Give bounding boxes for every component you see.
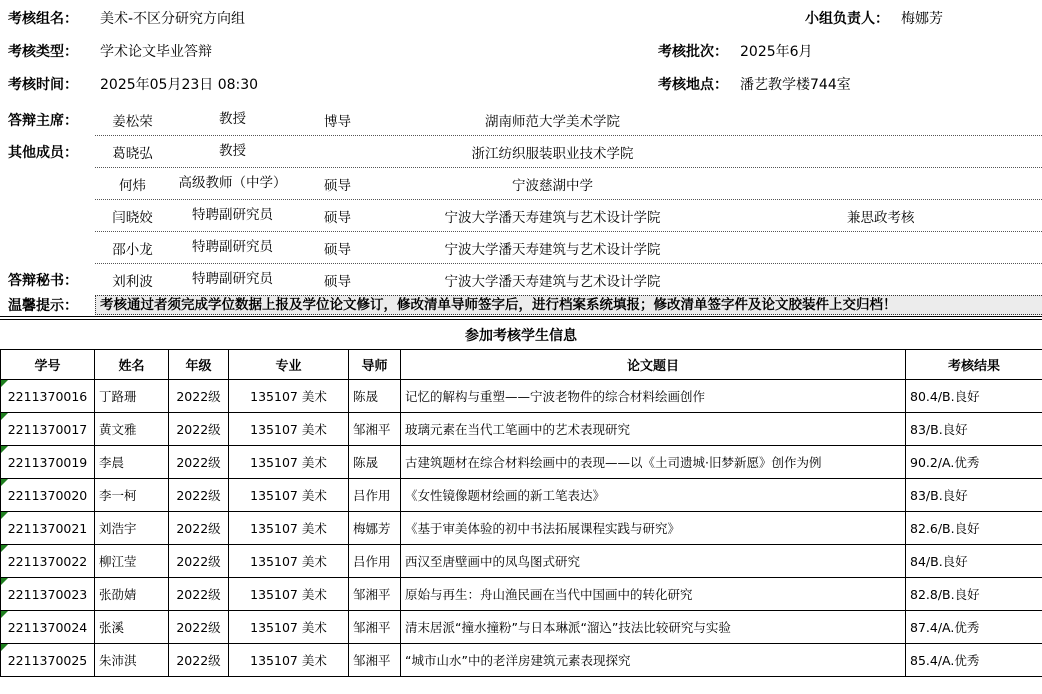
field-value: 梅娜芳	[901, 11, 943, 27]
student-advisor-cell: 邹湘平	[349, 644, 401, 677]
committee-row: 何炜 高级教师（中学） 硕导 宁波慈湖中学	[0, 168, 1042, 200]
committee-role-label	[0, 200, 95, 232]
column-header: 论文题目	[401, 350, 906, 380]
member-organization: 浙江纺织服装职业技术学院	[380, 142, 725, 162]
field-label: 考核类型：	[8, 41, 88, 61]
student-name-cell: 丁路珊	[95, 380, 169, 413]
student-major-cell: 135107 美术	[229, 644, 349, 677]
student-row: 2211370023 张劭婧 2022级 135107 美术 邹湘平 原始与再生…	[1, 578, 1042, 611]
member-name: 刘利波	[95, 270, 170, 290]
student-thesis-cell: 玻璃元素在当代工笔画中的艺术表现研究	[401, 413, 906, 446]
excel-cell-marker-icon	[1, 545, 8, 552]
student-advisor-cell: 邹湘平	[349, 413, 401, 446]
field-label: 考核批次：	[658, 44, 728, 60]
column-header: 考核结果	[906, 350, 1042, 380]
student-major-cell: 135107 美术	[229, 413, 349, 446]
student-row: 2211370016 丁路珊 2022级 135107 美术 陈晟 记忆的解构与…	[1, 380, 1042, 413]
committee-row: 闫晓姣 特聘副研究员 硕导 宁波大学潘天寿建筑与艺术设计学院 兼思政考核	[0, 200, 1042, 232]
student-row: 2211370020 李一柯 2022级 135107 美术 吕作用 《女性镜像…	[1, 479, 1042, 512]
student-id-cell: 2211370024	[1, 611, 95, 644]
column-header: 导师	[349, 350, 401, 380]
header-row: 学号 姓名 年级 专业 导师 论文题目 考核结果	[1, 350, 1042, 380]
student-name-cell: 张劭婧	[95, 578, 169, 611]
student-id-cell: 2211370023	[1, 578, 95, 611]
student-thesis-cell: 清末居派“撞水撞粉”与日本琳派“溜込”技法比较研究与实验	[401, 611, 906, 644]
member-name: 葛晓弘	[95, 142, 170, 162]
member-organization: 宁波大学潘天寿建筑与艺术设计学院	[380, 238, 725, 258]
committee-row: 其他成员： 葛晓弘 教授 浙江纺织服装职业技术学院	[0, 136, 1042, 168]
field-assessment-location: 考核地点：潘艺教学楼744室	[658, 74, 851, 94]
student-name-cell: 黄文雅	[95, 413, 169, 446]
student-result-cell: 82.8/B.良好	[906, 578, 1042, 611]
student-id: 2211370019	[8, 455, 88, 470]
field-label: 考核地点：	[658, 77, 728, 93]
field-group-leader: 小组负责人：梅娜芳	[805, 8, 943, 28]
member-name: 姜松荣	[95, 110, 170, 130]
excel-cell-marker-icon	[1, 380, 8, 387]
student-advisor-cell: 邹湘平	[349, 578, 401, 611]
member-title: 教授	[170, 144, 295, 159]
student-result-cell: 83/B.良好	[906, 479, 1042, 512]
excel-cell-marker-icon	[1, 644, 8, 651]
field-group-name: 考核组名：美术-不区分研究方向组	[8, 8, 245, 28]
student-result-cell: 82.6/B.良好	[906, 512, 1042, 545]
column-header: 姓名	[95, 350, 169, 380]
student-major-cell: 135107 美术	[229, 479, 349, 512]
student-id-cell: 2211370025	[1, 644, 95, 677]
student-name-cell: 张溪	[95, 611, 169, 644]
committee-row: 答辩秘书： 刘利波 特聘副研究员 硕导 宁波大学潘天寿建筑与艺术设计学院	[0, 264, 1042, 295]
student-row: 2211370022 柳江莹 2022级 135107 美术 吕作用 西汉至唐壁…	[1, 545, 1042, 578]
student-advisor-cell: 梅娜芳	[349, 512, 401, 545]
students-table-body: 2211370016 丁路珊 2022级 135107 美术 陈晟 记忆的解构与…	[1, 380, 1042, 677]
student-id-cell: 2211370020	[1, 479, 95, 512]
student-name-cell: 朱沛淇	[95, 644, 169, 677]
student-advisor-cell: 陈晟	[349, 380, 401, 413]
student-name-cell: 李晨	[95, 446, 169, 479]
student-row: 2211370019 李晨 2022级 135107 美术 陈晟 古建筑题材在综…	[1, 446, 1042, 479]
student-major-cell: 135107 美术	[229, 611, 349, 644]
committee-row-body: 闫晓姣 特聘副研究员 硕导 宁波大学潘天寿建筑与艺术设计学院 兼思政考核	[95, 200, 1042, 232]
student-grade-cell: 2022级	[169, 545, 229, 578]
student-thesis-cell: 古建筑题材在综合材料绘画中的表现——以《土司遗城·旧梦新愿》创作为例	[401, 446, 906, 479]
member-supervisor-type: 硕导	[295, 270, 380, 290]
field-assessment-type: 考核类型：学术论文毕业答辩	[8, 41, 212, 61]
field-value: 2025年6月	[740, 44, 813, 60]
reminder-row: 温馨提示： 考核通过者须完成学位数据上报及学位论文修订，修改清单导师签字后，进行…	[0, 295, 1042, 315]
student-thesis-cell: 记忆的解构与重塑——宁波老物件的综合材料绘画创作	[401, 380, 906, 413]
committee-role-label: 答辩秘书：	[0, 264, 95, 295]
student-result-cell: 83/B.良好	[906, 413, 1042, 446]
excel-cell-marker-icon	[1, 413, 8, 420]
excel-cell-marker-icon	[1, 446, 8, 453]
students-table-title: 参加考核学生信息	[0, 320, 1042, 349]
member-supervisor-type: 硕导	[295, 238, 380, 258]
student-result-cell: 87.4/A.优秀	[906, 611, 1042, 644]
student-row: 2211370025 朱沛淇 2022级 135107 美术 邹湘平 “城市山水…	[1, 644, 1042, 677]
committee-row: 答辩主席： 姜松荣 教授 博导 湖南师范大学美术学院	[0, 104, 1042, 136]
student-grade-cell: 2022级	[169, 578, 229, 611]
student-grade-cell: 2022级	[169, 644, 229, 677]
students-table-header: 学号 姓名 年级 专业 导师 论文题目 考核结果	[1, 350, 1042, 380]
student-row: 2211370017 黄文雅 2022级 135107 美术 邹湘平 玻璃元素在…	[1, 413, 1042, 446]
committee-role-label	[0, 168, 95, 200]
committee-role-label: 其他成员：	[0, 136, 95, 168]
student-major-cell: 135107 美术	[229, 545, 349, 578]
student-id: 2211370017	[8, 422, 88, 437]
member-organization: 宁波大学潘天寿建筑与艺术设计学院	[380, 206, 725, 226]
committee-row-body: 何炜 高级教师（中学） 硕导 宁波慈湖中学	[95, 168, 1042, 200]
committee-row-body: 葛晓弘 教授 浙江纺织服装职业技术学院	[95, 136, 1042, 168]
committee-role-label: 答辩主席：	[0, 104, 95, 136]
student-result-cell: 84/B.良好	[906, 545, 1042, 578]
field-value: 学术论文毕业答辩	[100, 44, 212, 60]
column-header: 专业	[229, 350, 349, 380]
member-title: 高级教师（中学）	[170, 176, 295, 191]
header-info-section: 考核组名：美术-不区分研究方向组 考核类型：学术论文毕业答辩 考核时间：2025…	[0, 0, 1042, 100]
student-grade-cell: 2022级	[169, 611, 229, 644]
field-assessment-batch: 考核批次：2025年6月	[658, 41, 813, 61]
student-grade-cell: 2022级	[169, 446, 229, 479]
student-row: 2211370021 刘浩宇 2022级 135107 美术 梅娜芳 《基于审美…	[1, 512, 1042, 545]
excel-cell-marker-icon	[1, 611, 8, 618]
student-name-cell: 刘浩宇	[95, 512, 169, 545]
student-advisor-cell: 吕作用	[349, 545, 401, 578]
member-organization: 宁波慈湖中学	[380, 174, 725, 194]
committee-section: 答辩主席： 姜松荣 教授 博导 湖南师范大学美术学院 其他成员： 葛晓弘 教授 …	[0, 104, 1042, 295]
student-grade-cell: 2022级	[169, 413, 229, 446]
assessment-report-page: 考核组名：美术-不区分研究方向组 考核类型：学术论文毕业答辩 考核时间：2025…	[0, 0, 1042, 694]
field-value: 美术-不区分研究方向组	[100, 11, 245, 27]
student-major-cell: 135107 美术	[229, 512, 349, 545]
student-result-cell: 85.4/A.优秀	[906, 644, 1042, 677]
member-title: 特聘副研究员	[170, 272, 295, 287]
student-result-cell: 90.2/A.优秀	[906, 446, 1042, 479]
member-note: 兼思政考核	[725, 206, 1042, 226]
student-id: 2211370023	[8, 587, 88, 602]
student-thesis-cell: 《基于审美体验的初中书法拓展课程实践与研究》	[401, 512, 906, 545]
student-major-cell: 135107 美术	[229, 380, 349, 413]
student-grade-cell: 2022级	[169, 479, 229, 512]
excel-cell-marker-icon	[1, 479, 8, 486]
student-major-cell: 135107 美术	[229, 578, 349, 611]
member-name: 邵小龙	[95, 238, 170, 258]
member-name: 何炜	[95, 174, 170, 194]
student-id: 2211370022	[8, 554, 88, 569]
student-thesis-cell: 西汉至唐壁画中的凤鸟图式研究	[401, 545, 906, 578]
student-id: 2211370021	[8, 521, 88, 536]
student-row: 2211370024 张溪 2022级 135107 美术 邹湘平 清末居派“撞…	[1, 611, 1042, 644]
member-organization: 宁波大学潘天寿建筑与艺术设计学院	[380, 270, 725, 290]
member-title: 教授	[170, 112, 295, 127]
committee-row-body: 邵小龙 特聘副研究员 硕导 宁波大学潘天寿建筑与艺术设计学院	[95, 232, 1042, 264]
student-id: 2211370020	[8, 488, 88, 503]
field-label: 小组负责人：	[805, 11, 889, 27]
committee-row-body: 刘利波 特聘副研究员 硕导 宁波大学潘天寿建筑与艺术设计学院	[95, 264, 1042, 295]
reminder-label: 温馨提示：	[0, 295, 95, 315]
column-header: 年级	[169, 350, 229, 380]
member-title: 特聘副研究员	[170, 240, 295, 255]
students-table: 学号 姓名 年级 专业 导师 论文题目 考核结果 221137001	[0, 349, 1042, 677]
member-supervisor-type: 硕导	[295, 206, 380, 226]
student-id: 2211370016	[8, 389, 88, 404]
column-header: 学号	[1, 350, 95, 380]
student-id-cell: 2211370022	[1, 545, 95, 578]
member-title: 特聘副研究员	[170, 208, 295, 223]
student-advisor-cell: 陈晟	[349, 446, 401, 479]
field-label: 考核时间：	[8, 74, 88, 94]
committee-role-label	[0, 232, 95, 264]
committee-row-body: 姜松荣 教授 博导 湖南师范大学美术学院	[95, 104, 1042, 136]
student-advisor-cell: 邹湘平	[349, 611, 401, 644]
student-id-cell: 2211370016	[1, 380, 95, 413]
student-name-cell: 李一柯	[95, 479, 169, 512]
member-name: 闫晓姣	[95, 206, 170, 226]
student-grade-cell: 2022级	[169, 512, 229, 545]
student-id: 2211370024	[8, 620, 88, 635]
field-label: 考核组名：	[8, 8, 88, 28]
committee-row: 邵小龙 特聘副研究员 硕导 宁波大学潘天寿建筑与艺术设计学院	[0, 232, 1042, 264]
student-id-cell: 2211370017	[1, 413, 95, 446]
field-value: 潘艺教学楼744室	[740, 77, 851, 93]
excel-cell-marker-icon	[1, 512, 8, 519]
student-name-cell: 柳江莹	[95, 545, 169, 578]
student-thesis-cell: 原始与再生：舟山渔民画在当代中国画中的转化研究	[401, 578, 906, 611]
student-grade-cell: 2022级	[169, 380, 229, 413]
excel-cell-marker-icon	[1, 578, 8, 585]
student-id-cell: 2211370019	[1, 446, 95, 479]
member-supervisor-type: 硕导	[295, 174, 380, 194]
student-id: 2211370025	[8, 653, 88, 668]
reminder-text: 考核通过者须完成学位数据上报及学位论文修订，修改清单导师签字后，进行档案系统填报…	[95, 295, 1042, 315]
member-supervisor-type: 博导	[295, 110, 380, 130]
member-organization: 湖南师范大学美术学院	[380, 110, 725, 130]
student-advisor-cell: 吕作用	[349, 479, 401, 512]
student-result-cell: 80.4/B.良好	[906, 380, 1042, 413]
field-assessment-time: 考核时间：2025年05月23日 08:30	[8, 74, 258, 94]
student-major-cell: 135107 美术	[229, 446, 349, 479]
student-thesis-cell: 《女性镜像题材绘画的新工笔表达》	[401, 479, 906, 512]
student-thesis-cell: “城市山水”中的老洋房建筑元素表现探究	[401, 644, 906, 677]
student-id-cell: 2211370021	[1, 512, 95, 545]
field-value: 2025年05月23日 08:30	[100, 77, 258, 93]
